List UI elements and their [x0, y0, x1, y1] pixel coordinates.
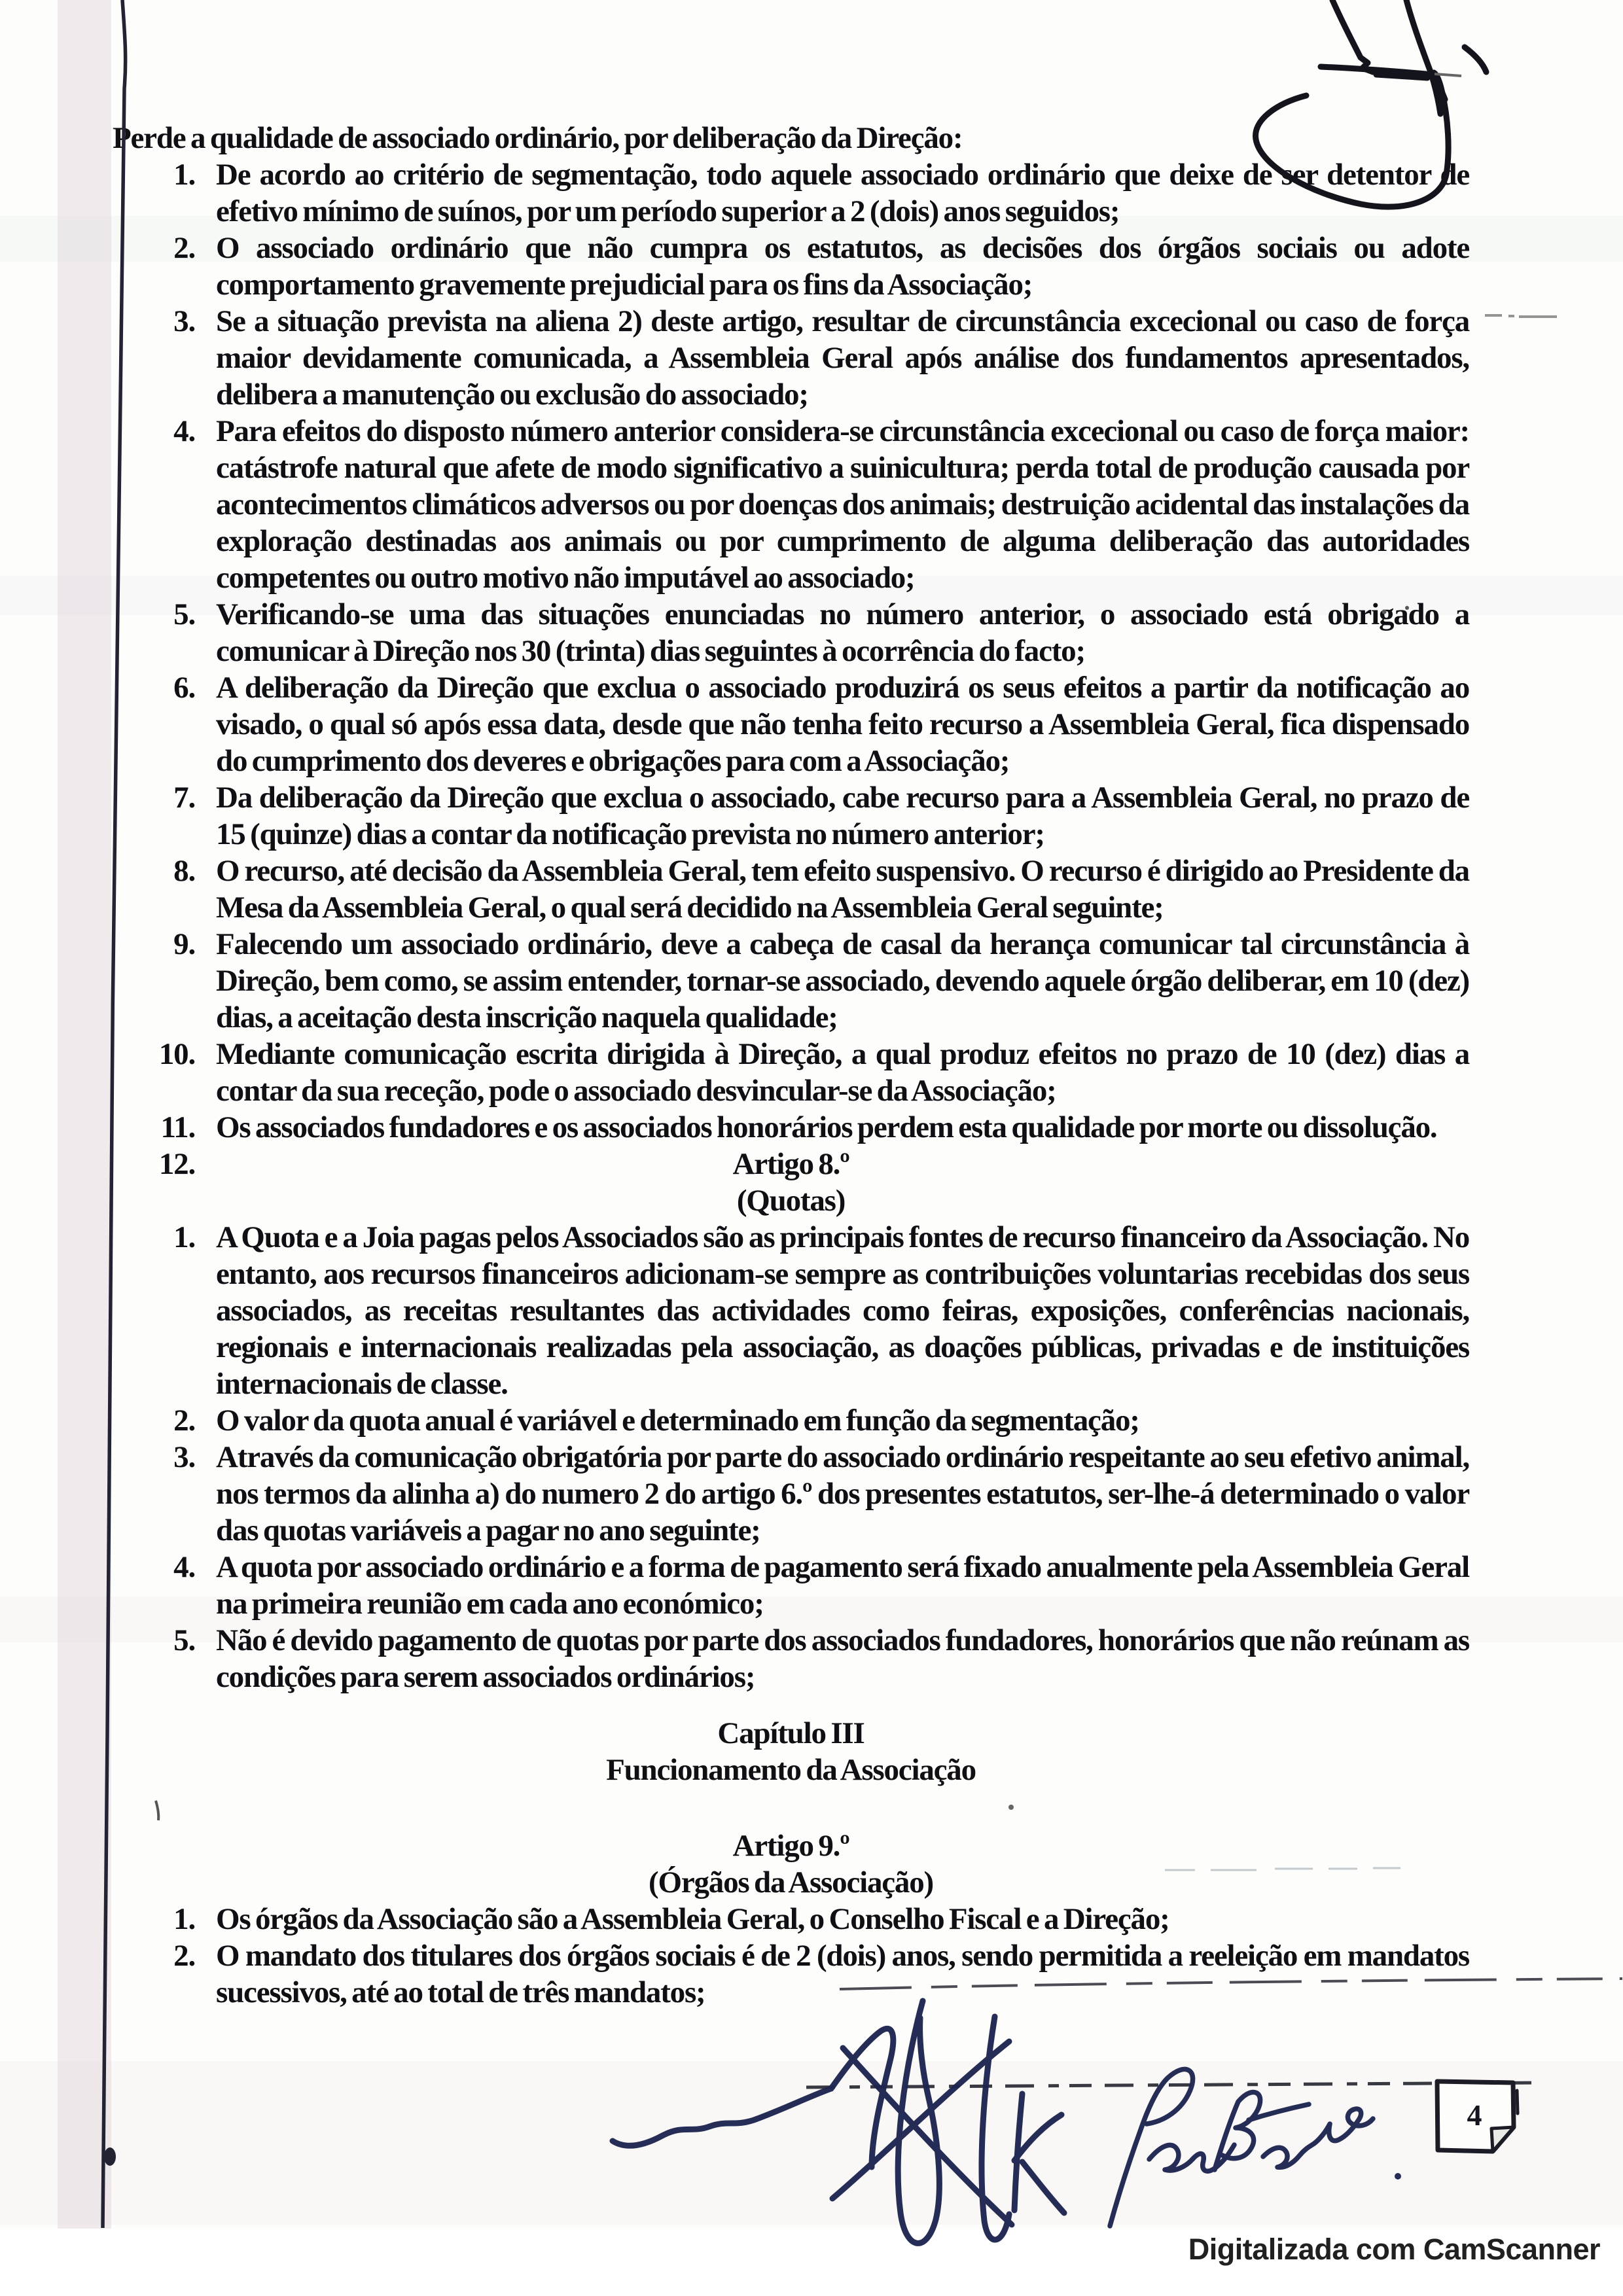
list-item-number: 2.: [113, 230, 195, 266]
list-item-number: 2.: [113, 1937, 195, 1974]
list-item: 4.Para efeitos do disposto número anteri…: [113, 413, 1469, 596]
list-item-text: Da deliberação da Direção que exclua o a…: [216, 781, 1469, 851]
list-item: 6.A deliberação da Direção que exclua o …: [113, 669, 1469, 779]
artigo8-list: 1.A Quota e a Joia pagas pelos Associado…: [113, 1219, 1469, 1695]
list-item-text: Os associados fundadores e os associados…: [216, 1110, 1436, 1144]
list-item-number: 1.: [113, 156, 195, 193]
artigo9-title: Artigo 9.º: [113, 1828, 1469, 1864]
list-item: 1.De acordo ao critério de segmentação, …: [113, 156, 1469, 230]
list-item-number: 12.: [113, 1146, 195, 1182]
list-item: 11.Os associados fundadores e os associa…: [113, 1109, 1469, 1146]
intro-paragraph: Perde a qualidade de associado ordinário…: [113, 120, 1469, 156]
list-item-text: O recurso, até decisão da Assembleia Ger…: [216, 854, 1469, 925]
list-item-text: A deliberação da Direção que exclua o as…: [216, 671, 1469, 778]
artigo9-list: 1.Os órgãos da Associação são a Assemble…: [113, 1901, 1469, 2011]
list-item-text: Mediante comunicação escrita dirigida à …: [216, 1037, 1469, 1108]
scan-band: [0, 2061, 1623, 2225]
list-item-text: A Quota e a Joia pagas pelos Associados …: [216, 1220, 1469, 1401]
exclusion-list: 1.De acordo ao critério de segmentação, …: [113, 156, 1469, 1146]
list-item-number: 1.: [113, 1219, 195, 1256]
list-item-number: 8.: [113, 853, 195, 889]
list-item-text: Verificando-se uma das situações enuncia…: [216, 597, 1469, 668]
list-item-text: Através da comunicação obrigatória por p…: [216, 1440, 1469, 1547]
list-item: 1.Os órgãos da Associação são a Assemble…: [113, 1901, 1469, 1937]
capitulo3-subtitle: Funcionamento da Associação: [113, 1752, 1469, 1788]
list-item: 2.O associado ordinário que não cumpra o…: [113, 230, 1469, 303]
list-item: 8.O recurso, até decisão da Assembleia G…: [113, 853, 1469, 926]
list-item: 10.Mediante comunicação escrita dirigida…: [113, 1036, 1469, 1109]
list-item-number: 4.: [113, 1549, 195, 1585]
artigo8-subtitle: (Quotas): [113, 1182, 1469, 1219]
list-item-number: 3.: [113, 1439, 195, 1475]
list-item: 9.Falecendo um associado ordinário, deve…: [113, 926, 1469, 1036]
list-item: 5.Não é devido pagamento de quotas por p…: [113, 1622, 1469, 1695]
list-item-text: O valor da quota anual é variável e dete…: [216, 1404, 1139, 1438]
list-item-number: 9.: [113, 926, 195, 963]
list-item: 3.Se a situação prevista na aliena 2) de…: [113, 303, 1469, 413]
artigo9-subtitle: (Órgãos da Associação): [113, 1864, 1469, 1901]
list-item-text: Falecendo um associado ordinário, deve a…: [216, 927, 1469, 1034]
page-number: 4: [1445, 2089, 1504, 2141]
list-item-text: Os órgãos da Associação são a Assembleia…: [216, 1902, 1169, 1936]
list-item-text: Para efeitos do disposto número anterior…: [216, 414, 1469, 595]
list-item-text: Não é devido pagamento de quotas por par…: [216, 1623, 1469, 1694]
capitulo3-title: Capítulo III: [113, 1715, 1469, 1752]
list-item-number: 7.: [113, 779, 195, 816]
camscanner-watermark: Digitalizada com CamScanner: [1188, 2233, 1600, 2267]
document-body: Perde a qualidade de associado ordinário…: [113, 120, 1469, 2011]
list-item-number: 5.: [113, 1622, 195, 1659]
artigo8-title: Artigo 8.º: [113, 1146, 1469, 1182]
list-item-number: 6.: [113, 669, 195, 706]
list-item-number: 2.: [113, 1402, 195, 1439]
list-item-text: De acordo ao critério de segmentação, to…: [216, 158, 1469, 228]
list-item-text: Se a situação prevista na aliena 2) dest…: [216, 304, 1469, 412]
list-item: 2.O valor da quota anual é variável e de…: [113, 1402, 1469, 1439]
list-item: 4.A quota por associado ordinário e a fo…: [113, 1549, 1469, 1622]
list-item-number: 5.: [113, 596, 195, 633]
list-item: 5.Verificando-se uma das situações enunc…: [113, 596, 1469, 669]
list-item-number: 10.: [113, 1036, 195, 1072]
list-item-number: 1.: [113, 1901, 195, 1937]
list-item: 7.Da deliberação da Direção que exclua o…: [113, 779, 1469, 853]
list-item-number: 11.: [113, 1109, 195, 1146]
list-item: 3.Através da comunicação obrigatória por…: [113, 1439, 1469, 1549]
list-item-text: O associado ordinário que não cumpra os …: [216, 231, 1469, 302]
list-item-text: A quota por associado ordinário e a form…: [216, 1550, 1469, 1621]
list-item: 1.A Quota e a Joia pagas pelos Associado…: [113, 1219, 1469, 1402]
list-item-number: 3.: [113, 303, 195, 340]
list-item-text: O mandato dos titulares dos órgãos socia…: [216, 1939, 1469, 2009]
list-item: 2.O mandato dos titulares dos órgãos soc…: [113, 1937, 1469, 2011]
list-item-number: 4.: [113, 413, 195, 450]
